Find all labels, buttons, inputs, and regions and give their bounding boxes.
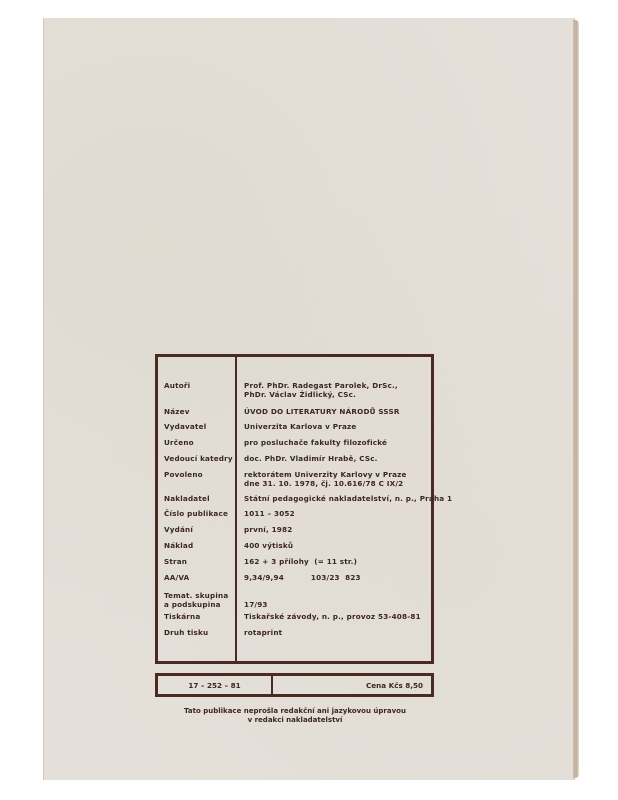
row-value: rektorátem Univerzity Karlovy v Praze dn… xyxy=(244,471,434,488)
price-label: Cena Kčs 8,50 xyxy=(366,681,423,690)
row-label: Autoři xyxy=(164,382,234,391)
row-label: Stran xyxy=(164,558,234,567)
row-value: 162 + 3 přílohy (= 11 str.) xyxy=(244,558,434,567)
editorial-note: Tato publikace neprošla redakční ani jaz… xyxy=(150,707,440,725)
row-label: Temat. skupina a podskupina xyxy=(164,592,234,609)
price-box-divider xyxy=(271,676,273,694)
row-label: Určeno xyxy=(164,439,234,448)
row-label: Druh tisku xyxy=(164,629,234,638)
row-value: ÚVOD DO LITERATURY NÁRODŮ SSSR xyxy=(244,408,434,417)
row-value: 1011 – 3052 xyxy=(244,510,434,519)
column-divider xyxy=(235,357,237,661)
row-label: Vydání xyxy=(164,526,234,535)
row-value: rotaprint xyxy=(244,629,434,638)
row-value: Tiskařské závody, n. p., provoz 53-408-8… xyxy=(244,613,434,622)
row-label: Vedoucí katedry xyxy=(164,455,234,464)
row-value: doc. PhDr. Vladimír Hrabě, CSc. xyxy=(244,455,434,464)
row-label: Náklad xyxy=(164,542,234,551)
row-value: 400 výtisků xyxy=(244,542,434,551)
row-value: Státní pedagogické nakladatelství, n. p.… xyxy=(244,495,434,504)
colophon-table: AutořiProf. PhDr. Radegast Parolek, DrSc… xyxy=(155,354,434,664)
row-label: Vydavatel xyxy=(164,423,234,432)
publication-code: 17 – 252 – 81 xyxy=(158,681,271,690)
page-edge xyxy=(573,20,579,778)
row-label: Název xyxy=(164,408,234,417)
row-label: Nakladatel xyxy=(164,495,234,504)
row-value: první, 1982 xyxy=(244,526,434,535)
row-label: Číslo publikace xyxy=(164,510,234,519)
row-value: pro posluchače fakulty filozofické xyxy=(244,439,434,448)
row-value: Prof. PhDr. Radegast Parolek, DrSc., PhD… xyxy=(244,382,434,399)
row-label: AA/VA xyxy=(164,574,234,583)
row-value: 17/93 xyxy=(244,601,434,610)
price-box: 17 – 252 – 81 Cena Kčs 8,50 xyxy=(155,673,434,697)
row-value: 9,34/9,94 103/23 823 xyxy=(244,574,434,583)
row-value: Univerzita Karlova v Praze xyxy=(244,423,434,432)
row-label: Tiskárna xyxy=(164,613,234,622)
row-label: Povoleno xyxy=(164,471,234,480)
